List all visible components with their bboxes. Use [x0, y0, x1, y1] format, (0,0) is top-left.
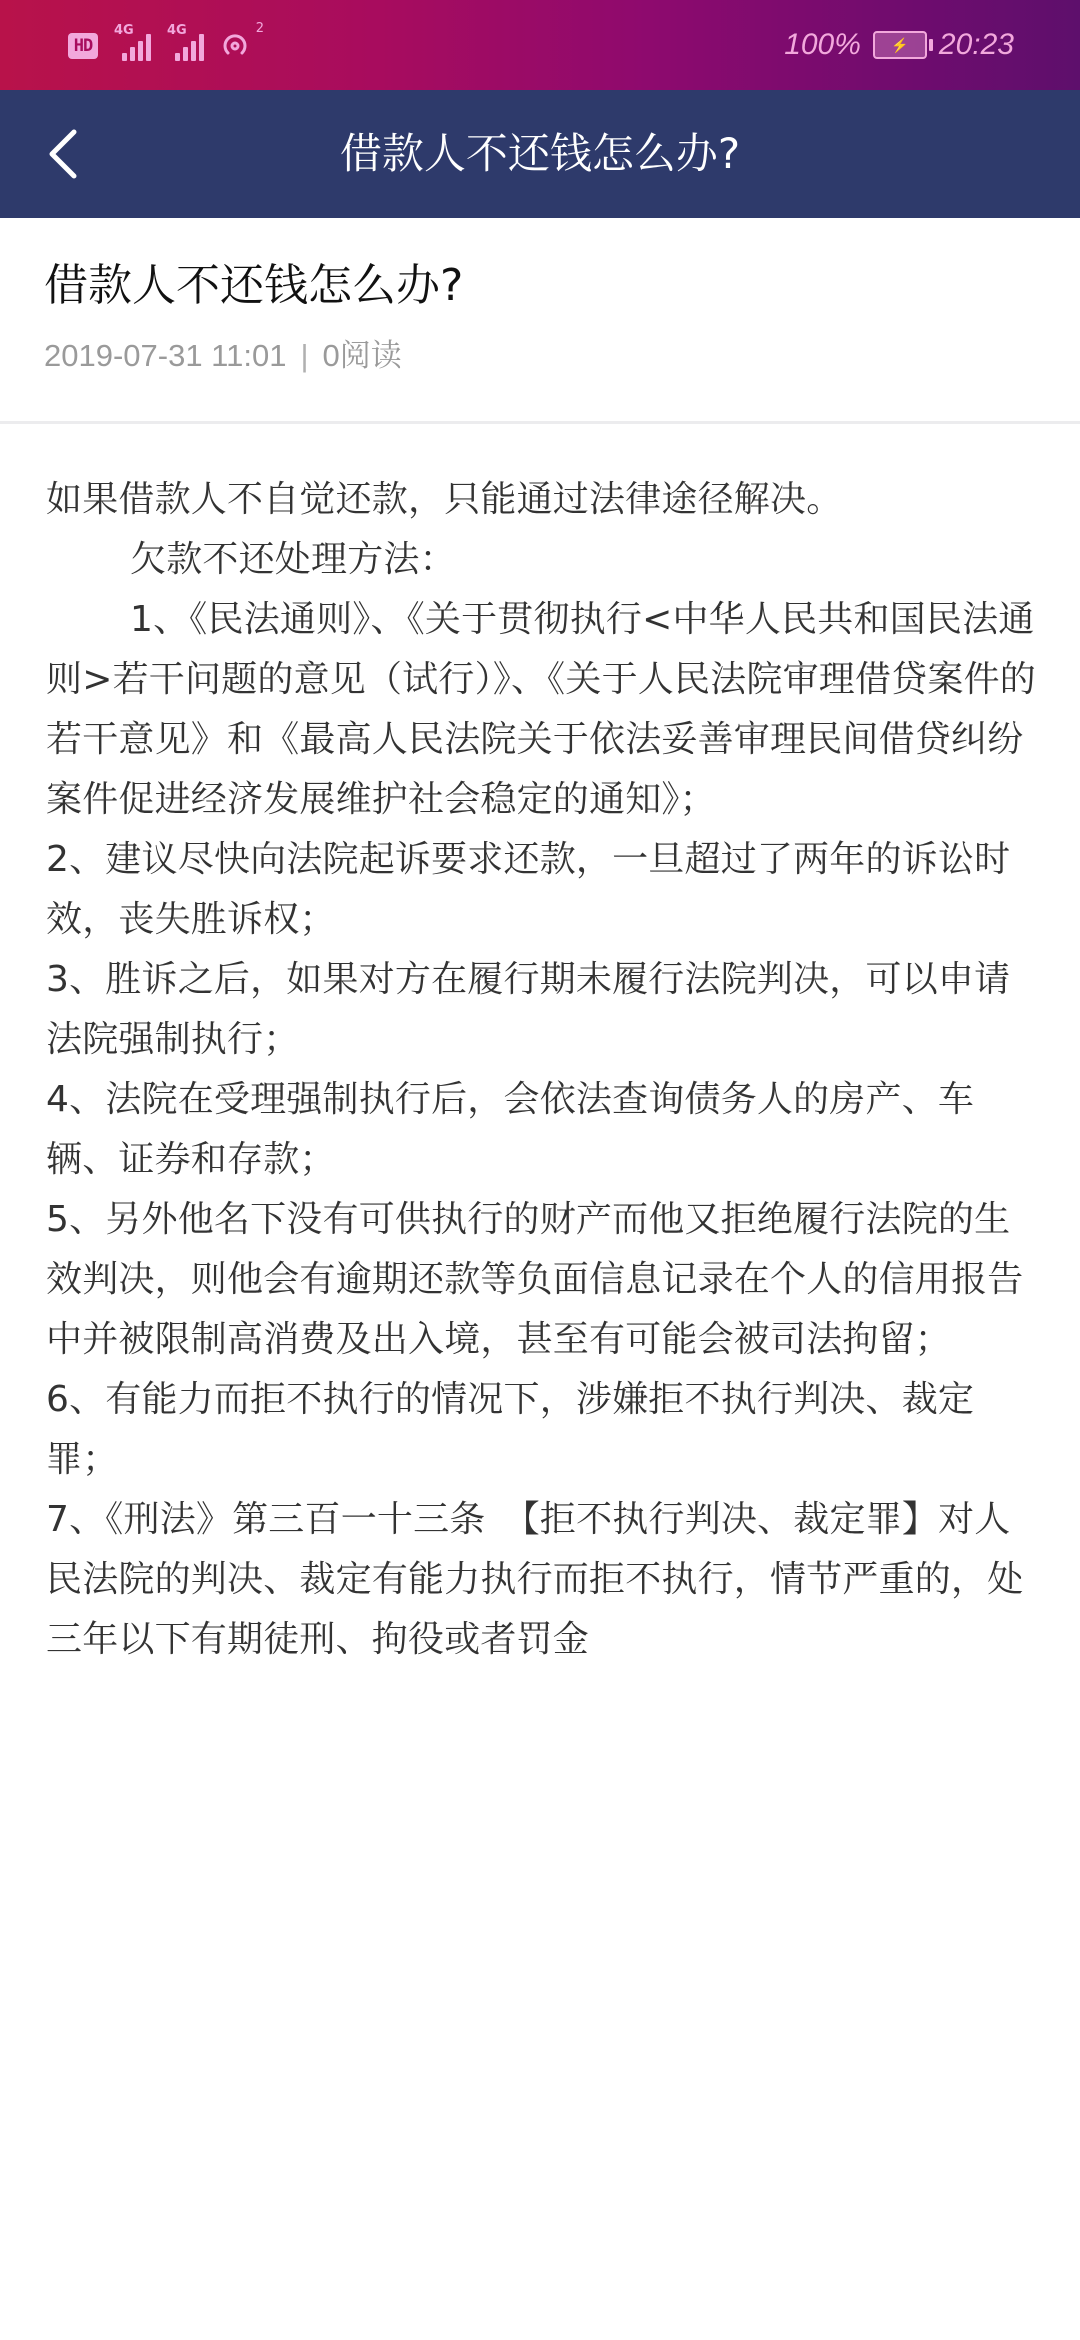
status-bar: HD 4G 4G 2 100% ⚡ 20:23	[0, 0, 1080, 90]
article-header: 借款人不还钱怎么办? 2019-07-31 11:01|0阅读	[0, 218, 1080, 424]
battery-charging-icon: ⚡	[873, 31, 927, 59]
page-title: 借款人不还钱怎么办?	[0, 90, 1080, 218]
paragraph-intro: 如果借款人不自觉还款，只能通过法律途径解决。	[46, 470, 1036, 530]
hotspot-icon: 2	[220, 31, 250, 61]
paragraph-item-1: 1、《民法通则》、《关于贯彻执行<中华人民共和国民法通则>若干问题的意见（试行）…	[46, 590, 1036, 830]
network-type-label: 4G	[114, 23, 134, 38]
charging-bolt-icon: ⚡	[891, 37, 908, 54]
hd-voice-icon: HD	[68, 33, 98, 59]
article-meta: 2019-07-31 11:01|0阅读	[44, 334, 402, 378]
chevron-left-icon	[44, 126, 84, 182]
paragraph-item-4: 4、法院在受理强制执行后，会依法查询债务人的房产、车辆、证券和存款；	[46, 1070, 1036, 1190]
article-body: 如果借款人不自觉还款，只能通过法律途径解决。 欠款不还处理方法： 1、《民法通则…	[46, 470, 1036, 1670]
paragraph-item-2: 2、建议尽快向法院起诉要求还款，一旦超过了两年的诉讼时效，丧失胜诉权；	[46, 830, 1036, 950]
paragraph-item-5: 5、另外他名下没有可供执行的财产而他又拒绝履行法院的生效判决，则他会有逾期还款等…	[46, 1190, 1036, 1370]
navigation-bar: 借款人不还钱怎么办?	[0, 90, 1080, 218]
read-count: 0阅读	[323, 338, 402, 373]
back-button[interactable]	[24, 114, 104, 194]
signal-strength-icon-sim1: 4G	[114, 31, 151, 61]
paragraph-item-7: 7、《刑法》第三百一十三条 【拒不执行判决、裁定罪】对人民法院的判决、裁定有能力…	[46, 1490, 1036, 1670]
meta-separator: |	[300, 338, 308, 373]
network-type-label: 4G	[167, 23, 187, 38]
status-icons-right: 100% ⚡ 20:23	[784, 28, 1014, 62]
publish-date: 2019-07-31 11:01	[44, 338, 286, 373]
paragraph-methods-heading: 欠款不还处理方法：	[46, 530, 1036, 590]
clock: 20:23	[939, 28, 1014, 62]
paragraph-item-3: 3、胜诉之后，如果对方在履行期未履行法院判决，可以申请法院强制执行；	[46, 950, 1036, 1070]
battery-percent: 100%	[784, 28, 861, 62]
signal-strength-icon-sim2: 4G	[167, 31, 204, 61]
article-title: 借款人不还钱怎么办?	[44, 256, 463, 316]
paragraph-item-6: 6、有能力而拒不执行的情况下，涉嫌拒不执行判决、裁定罪；	[46, 1370, 1036, 1490]
status-icons-left: HD 4G 4G 2	[68, 26, 250, 66]
hotspot-count: 2	[256, 21, 264, 36]
